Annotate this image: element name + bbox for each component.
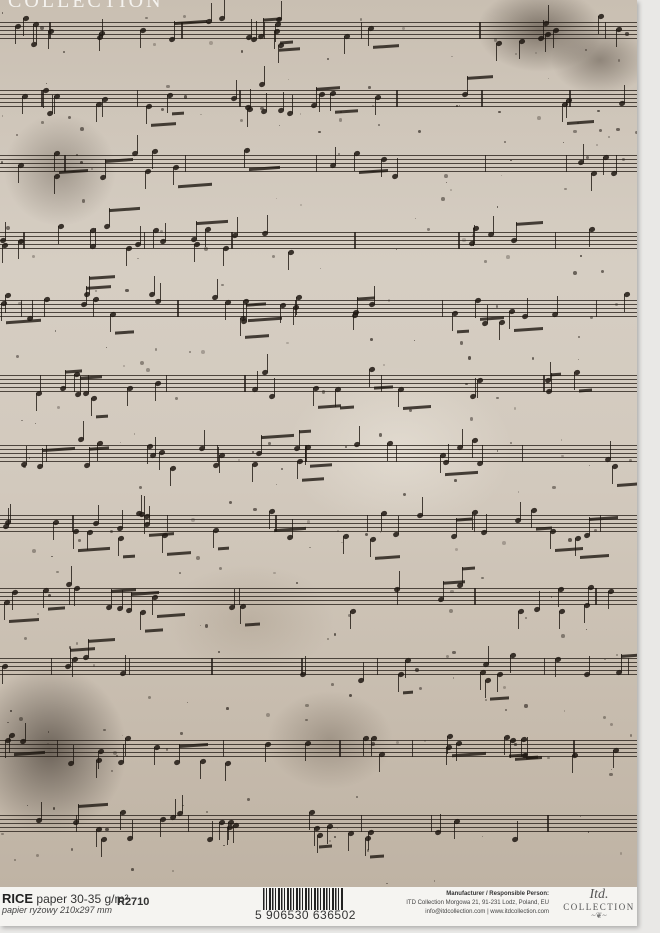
note-stem <box>244 150 245 168</box>
ink-speck <box>590 316 593 319</box>
note-stem <box>624 85 625 103</box>
note-stem <box>5 740 6 758</box>
note-beam <box>318 404 341 408</box>
barline <box>479 22 480 39</box>
note-stem <box>264 66 265 84</box>
note-stem <box>152 151 153 169</box>
note-stem <box>365 838 366 856</box>
note-stem <box>548 5 549 23</box>
note-stem <box>74 374 75 392</box>
note-stem <box>612 466 613 484</box>
note-stem <box>398 389 399 407</box>
note-stem <box>558 589 559 607</box>
ink-speck <box>482 836 483 837</box>
ink-speck <box>418 130 421 133</box>
note-stem <box>96 760 97 778</box>
note-stem <box>147 446 148 464</box>
product-footer: RICE paper 30-35 g/m² papier ryżowy 210x… <box>0 887 637 926</box>
ink-speck <box>596 144 598 146</box>
ink-speck <box>577 122 579 124</box>
note-stem <box>90 230 91 248</box>
note-stem <box>583 144 584 162</box>
note-stem <box>154 276 155 294</box>
barline <box>244 375 245 392</box>
note-stem <box>140 30 141 48</box>
note-stem <box>10 504 11 522</box>
note-stem <box>557 296 558 314</box>
note-stem <box>518 611 519 629</box>
ink-speck <box>196 556 200 560</box>
ink-speck <box>594 529 596 531</box>
itd-collection-logo: Itd. COLLECTION ~❦~ <box>563 888 635 920</box>
ink-speck <box>272 255 275 258</box>
note-stem <box>456 743 457 761</box>
ink-speck <box>191 518 195 522</box>
note-stem <box>25 723 26 741</box>
barline <box>316 155 317 172</box>
note-stem <box>52 95 53 113</box>
ink-speck <box>24 637 27 640</box>
note-stem <box>73 745 74 763</box>
ink-speck <box>573 271 577 275</box>
barline <box>166 375 167 392</box>
barline <box>543 375 544 392</box>
ink-speck <box>268 442 271 445</box>
ink-speck <box>573 130 576 133</box>
ink-speck <box>134 433 135 434</box>
barline <box>181 22 182 39</box>
note-stem <box>1 303 2 321</box>
barline <box>596 300 597 317</box>
ink-speck <box>532 357 535 360</box>
barline <box>566 155 567 172</box>
note-stem <box>200 761 201 779</box>
barline <box>144 232 145 249</box>
note-beam <box>172 111 184 114</box>
barline <box>46 445 47 462</box>
ink-speck <box>27 805 28 806</box>
manufacturer-info: Manufacturer / Responsible Person: ITD C… <box>406 890 549 917</box>
ink-speck <box>396 249 397 250</box>
note-stem <box>72 659 73 677</box>
ink-speck <box>635 131 637 134</box>
ink-speck <box>318 131 321 134</box>
ink-speck <box>14 859 16 861</box>
note-beam <box>551 372 561 375</box>
ink-speck <box>35 423 36 424</box>
ink-speck <box>276 198 277 199</box>
note-stem <box>5 222 6 240</box>
note-stem <box>170 468 171 486</box>
note-beam <box>88 638 115 642</box>
note-stem <box>234 589 235 607</box>
ink-speck <box>140 361 144 365</box>
note-stem <box>219 822 220 840</box>
ink-speck <box>518 491 519 492</box>
barline <box>223 740 224 757</box>
ink-speck <box>32 549 36 553</box>
note-stem <box>381 159 382 177</box>
note-stem <box>472 512 473 530</box>
note-stem <box>399 571 400 589</box>
note-stem <box>58 226 59 244</box>
ink-speck <box>240 119 243 122</box>
ink-speck <box>334 836 337 839</box>
ink-speck <box>122 735 123 736</box>
ink-speck <box>2 12 4 14</box>
ink-speck <box>223 845 225 847</box>
barline <box>64 155 65 172</box>
note-beam <box>123 554 135 557</box>
ink-speck <box>32 255 35 258</box>
note-stem <box>22 96 23 114</box>
note-stem <box>422 497 423 515</box>
note-stem <box>572 755 573 773</box>
ink-speck <box>465 383 467 385</box>
note-stem <box>305 447 306 465</box>
ink-speck <box>589 465 590 466</box>
ink-speck <box>331 683 334 686</box>
top-brand-fragment: COLLECTION <box>8 0 164 13</box>
ink-speck <box>578 359 579 360</box>
note-stem <box>485 680 486 698</box>
ink-speck <box>55 330 57 332</box>
ink-speck <box>78 539 81 542</box>
note-beam <box>115 331 134 335</box>
note-stem <box>32 300 33 318</box>
ink-speck <box>279 125 280 126</box>
note-stem <box>520 502 521 520</box>
note-stem <box>454 821 455 839</box>
note-stem <box>225 763 226 781</box>
note-stem <box>553 30 554 48</box>
note-stem <box>132 820 133 838</box>
ink-speck <box>318 836 320 838</box>
ink-speck <box>630 734 633 737</box>
ink-speck <box>56 571 59 574</box>
note-stem <box>509 311 510 329</box>
note-stem <box>305 743 306 761</box>
ink-speck <box>484 260 487 263</box>
note-stem <box>8 508 9 526</box>
ink-speck <box>7 722 8 723</box>
ink-speck <box>620 852 622 854</box>
barline <box>458 232 459 249</box>
note-stem <box>43 90 44 108</box>
barline <box>188 815 189 832</box>
note-stem <box>155 437 156 455</box>
ink-speck <box>53 807 55 809</box>
ink-speck <box>470 417 473 420</box>
note-stem <box>44 299 45 317</box>
music-staff <box>0 740 637 757</box>
ink-speck <box>305 704 309 708</box>
note-stem <box>54 176 55 194</box>
note-stem <box>519 41 520 59</box>
barline <box>474 588 475 605</box>
note-stem <box>140 612 141 630</box>
ink-speck <box>19 240 23 244</box>
note-stem <box>43 590 44 608</box>
note-stem <box>281 1 282 19</box>
note-stem <box>97 443 98 461</box>
ink-speck <box>51 556 53 558</box>
ink-speck <box>10 710 11 711</box>
ink-speck <box>502 541 506 545</box>
note-stem <box>379 754 380 772</box>
ink-speck <box>125 289 128 292</box>
note-beam <box>78 547 110 552</box>
note-beam <box>490 696 509 700</box>
note-stem <box>309 812 310 830</box>
ink-speck <box>588 831 589 832</box>
note-stem <box>269 511 270 529</box>
note-stem <box>363 738 364 756</box>
ink-speck <box>226 707 229 710</box>
note-stem <box>475 378 476 396</box>
ink-speck <box>371 742 374 745</box>
manufacturer-contact: info@itdcollection.com | www.itdcollecti… <box>406 908 549 917</box>
ink-speck <box>561 455 563 457</box>
barline <box>481 90 482 107</box>
note-stem <box>54 153 55 171</box>
note-stem <box>240 606 241 624</box>
barline <box>211 658 212 675</box>
barline <box>69 588 70 605</box>
ink-speck <box>441 197 445 201</box>
barline <box>396 445 397 462</box>
ink-speck <box>348 614 351 617</box>
ink-speck <box>578 336 580 338</box>
ink-speck <box>57 406 60 409</box>
note-stem <box>397 158 398 176</box>
note-stem <box>120 812 121 830</box>
note-stem <box>122 510 123 528</box>
ink-speck <box>472 234 475 237</box>
note-stem <box>452 313 453 331</box>
note-stem <box>33 24 34 42</box>
ink-speck <box>341 542 342 543</box>
note-stem <box>292 95 293 113</box>
note-beam <box>6 319 41 324</box>
note-beam <box>78 803 108 808</box>
ink-speck <box>76 642 79 645</box>
note-stem <box>224 0 225 18</box>
ink-speck <box>218 651 221 654</box>
ink-speck <box>379 433 383 437</box>
barline <box>361 22 362 39</box>
ink-speck <box>468 356 472 360</box>
ink-speck <box>204 247 208 251</box>
barline <box>381 375 382 392</box>
ink-speck <box>485 699 487 701</box>
note-stem <box>371 738 372 756</box>
note-stem <box>101 839 102 857</box>
ink-speck <box>378 124 380 126</box>
ink-speck <box>183 15 186 18</box>
note-stem <box>204 430 205 448</box>
note-stem <box>9 735 10 753</box>
barline <box>57 740 58 757</box>
note-stem <box>440 455 441 473</box>
barcode-icon <box>263 888 343 910</box>
ink-speck <box>462 238 465 241</box>
ink-speck <box>166 85 169 88</box>
ink-speck <box>597 110 600 113</box>
ink-speck <box>506 255 510 259</box>
note-stem <box>297 461 298 479</box>
note-stem <box>527 298 528 316</box>
ink-speck <box>68 116 71 119</box>
ink-speck <box>360 18 363 21</box>
note-stem <box>440 814 441 832</box>
note-stem <box>4 602 5 620</box>
ink-speck <box>446 182 447 183</box>
note-stem <box>247 109 248 127</box>
ink-speck <box>23 465 26 468</box>
ink-speck <box>451 56 453 58</box>
note-beam <box>302 477 324 481</box>
ink-speck <box>414 340 416 342</box>
ink-speck <box>2 115 3 116</box>
ink-speck <box>276 484 277 485</box>
ink-speck <box>368 86 370 88</box>
note-stem <box>23 18 24 36</box>
note-stem <box>251 19 252 37</box>
note-stem <box>194 244 195 262</box>
note-beam <box>59 169 88 174</box>
note-stem <box>613 750 614 768</box>
ink-speck <box>561 634 565 638</box>
note-stem <box>510 655 511 673</box>
note-stem <box>493 216 494 234</box>
note-stem <box>213 530 214 548</box>
note-stem <box>212 821 213 839</box>
note-stem <box>205 229 206 247</box>
ink-speck <box>113 751 117 755</box>
note-stem <box>446 747 447 765</box>
note-stem <box>504 737 505 755</box>
ink-speck <box>370 338 373 341</box>
note-stem <box>74 588 75 606</box>
ink-speck <box>460 341 463 344</box>
ink-speck <box>200 625 201 626</box>
ink-speck <box>496 397 498 399</box>
barline <box>339 740 340 757</box>
music-staff <box>0 300 637 317</box>
ink-speck <box>16 134 19 137</box>
note-beam <box>9 618 39 623</box>
product-subtitle: papier ryżowy 210x297 mm <box>2 905 112 915</box>
note-beam <box>335 110 358 114</box>
ink-speck <box>402 27 404 29</box>
note-beam <box>555 547 583 551</box>
note-beam <box>96 415 108 418</box>
note-stem <box>359 426 360 444</box>
ink-speck <box>453 677 454 678</box>
note-stem <box>327 826 328 844</box>
ink-speck <box>386 883 388 885</box>
manufacturer-heading: Manufacturer / Responsible Person: <box>406 890 549 899</box>
ink-speck <box>161 108 164 111</box>
note-stem <box>73 531 74 549</box>
ink-speck <box>205 624 208 627</box>
note-stem <box>175 799 176 817</box>
note-stem <box>149 506 150 524</box>
note-stem <box>96 104 97 122</box>
note-stem <box>292 519 293 537</box>
note-stem <box>335 147 336 165</box>
barline <box>137 90 138 107</box>
note-stem <box>488 646 489 664</box>
ink-speck <box>563 142 565 144</box>
note-stem <box>344 36 345 54</box>
ink-speck <box>547 757 550 760</box>
note-stem <box>122 590 123 608</box>
ink-speck <box>148 696 151 699</box>
note-stem <box>267 215 268 233</box>
ink-speck <box>608 136 611 139</box>
ink-speck <box>535 52 537 54</box>
ink-speck <box>80 127 84 131</box>
note-stem <box>448 444 449 462</box>
barline <box>485 155 486 172</box>
note-stem <box>319 94 320 112</box>
note-beam <box>89 275 115 279</box>
ink-speck <box>498 111 501 114</box>
ink-speck <box>327 638 329 640</box>
ink-speck <box>334 633 336 635</box>
note-stem <box>252 464 253 482</box>
note-stem <box>293 307 294 325</box>
note-beam <box>261 434 294 439</box>
note-stem <box>48 31 49 49</box>
ink-speck <box>409 409 412 412</box>
ink-speck <box>611 769 612 770</box>
ink-speck <box>603 716 606 719</box>
ink-speck <box>339 118 342 121</box>
note-stem <box>616 155 617 173</box>
note-stem <box>472 440 473 458</box>
ink-speck <box>137 258 139 260</box>
note-stem <box>36 26 37 44</box>
note-stem <box>98 751 99 769</box>
barline <box>239 90 240 107</box>
barline <box>522 445 523 462</box>
barline <box>474 515 475 532</box>
note-stem <box>497 674 498 692</box>
note-beam <box>167 551 191 555</box>
note-beam <box>467 75 493 79</box>
ink-speck <box>345 446 347 448</box>
note-stem <box>36 393 37 411</box>
note-beam <box>457 330 469 333</box>
ink-speck <box>455 548 458 551</box>
note-stem <box>598 16 599 34</box>
barline <box>129 658 130 675</box>
barline <box>185 155 186 172</box>
note-stem <box>160 819 161 837</box>
ink-speck <box>29 457 30 458</box>
note-stem <box>12 592 13 610</box>
ink-speck <box>365 533 368 536</box>
ink-speck <box>146 368 150 372</box>
note-stem <box>381 513 382 531</box>
note-beam <box>48 607 65 611</box>
ink-speck <box>253 508 256 511</box>
ink-speck <box>322 390 326 394</box>
note-stem <box>267 354 268 372</box>
